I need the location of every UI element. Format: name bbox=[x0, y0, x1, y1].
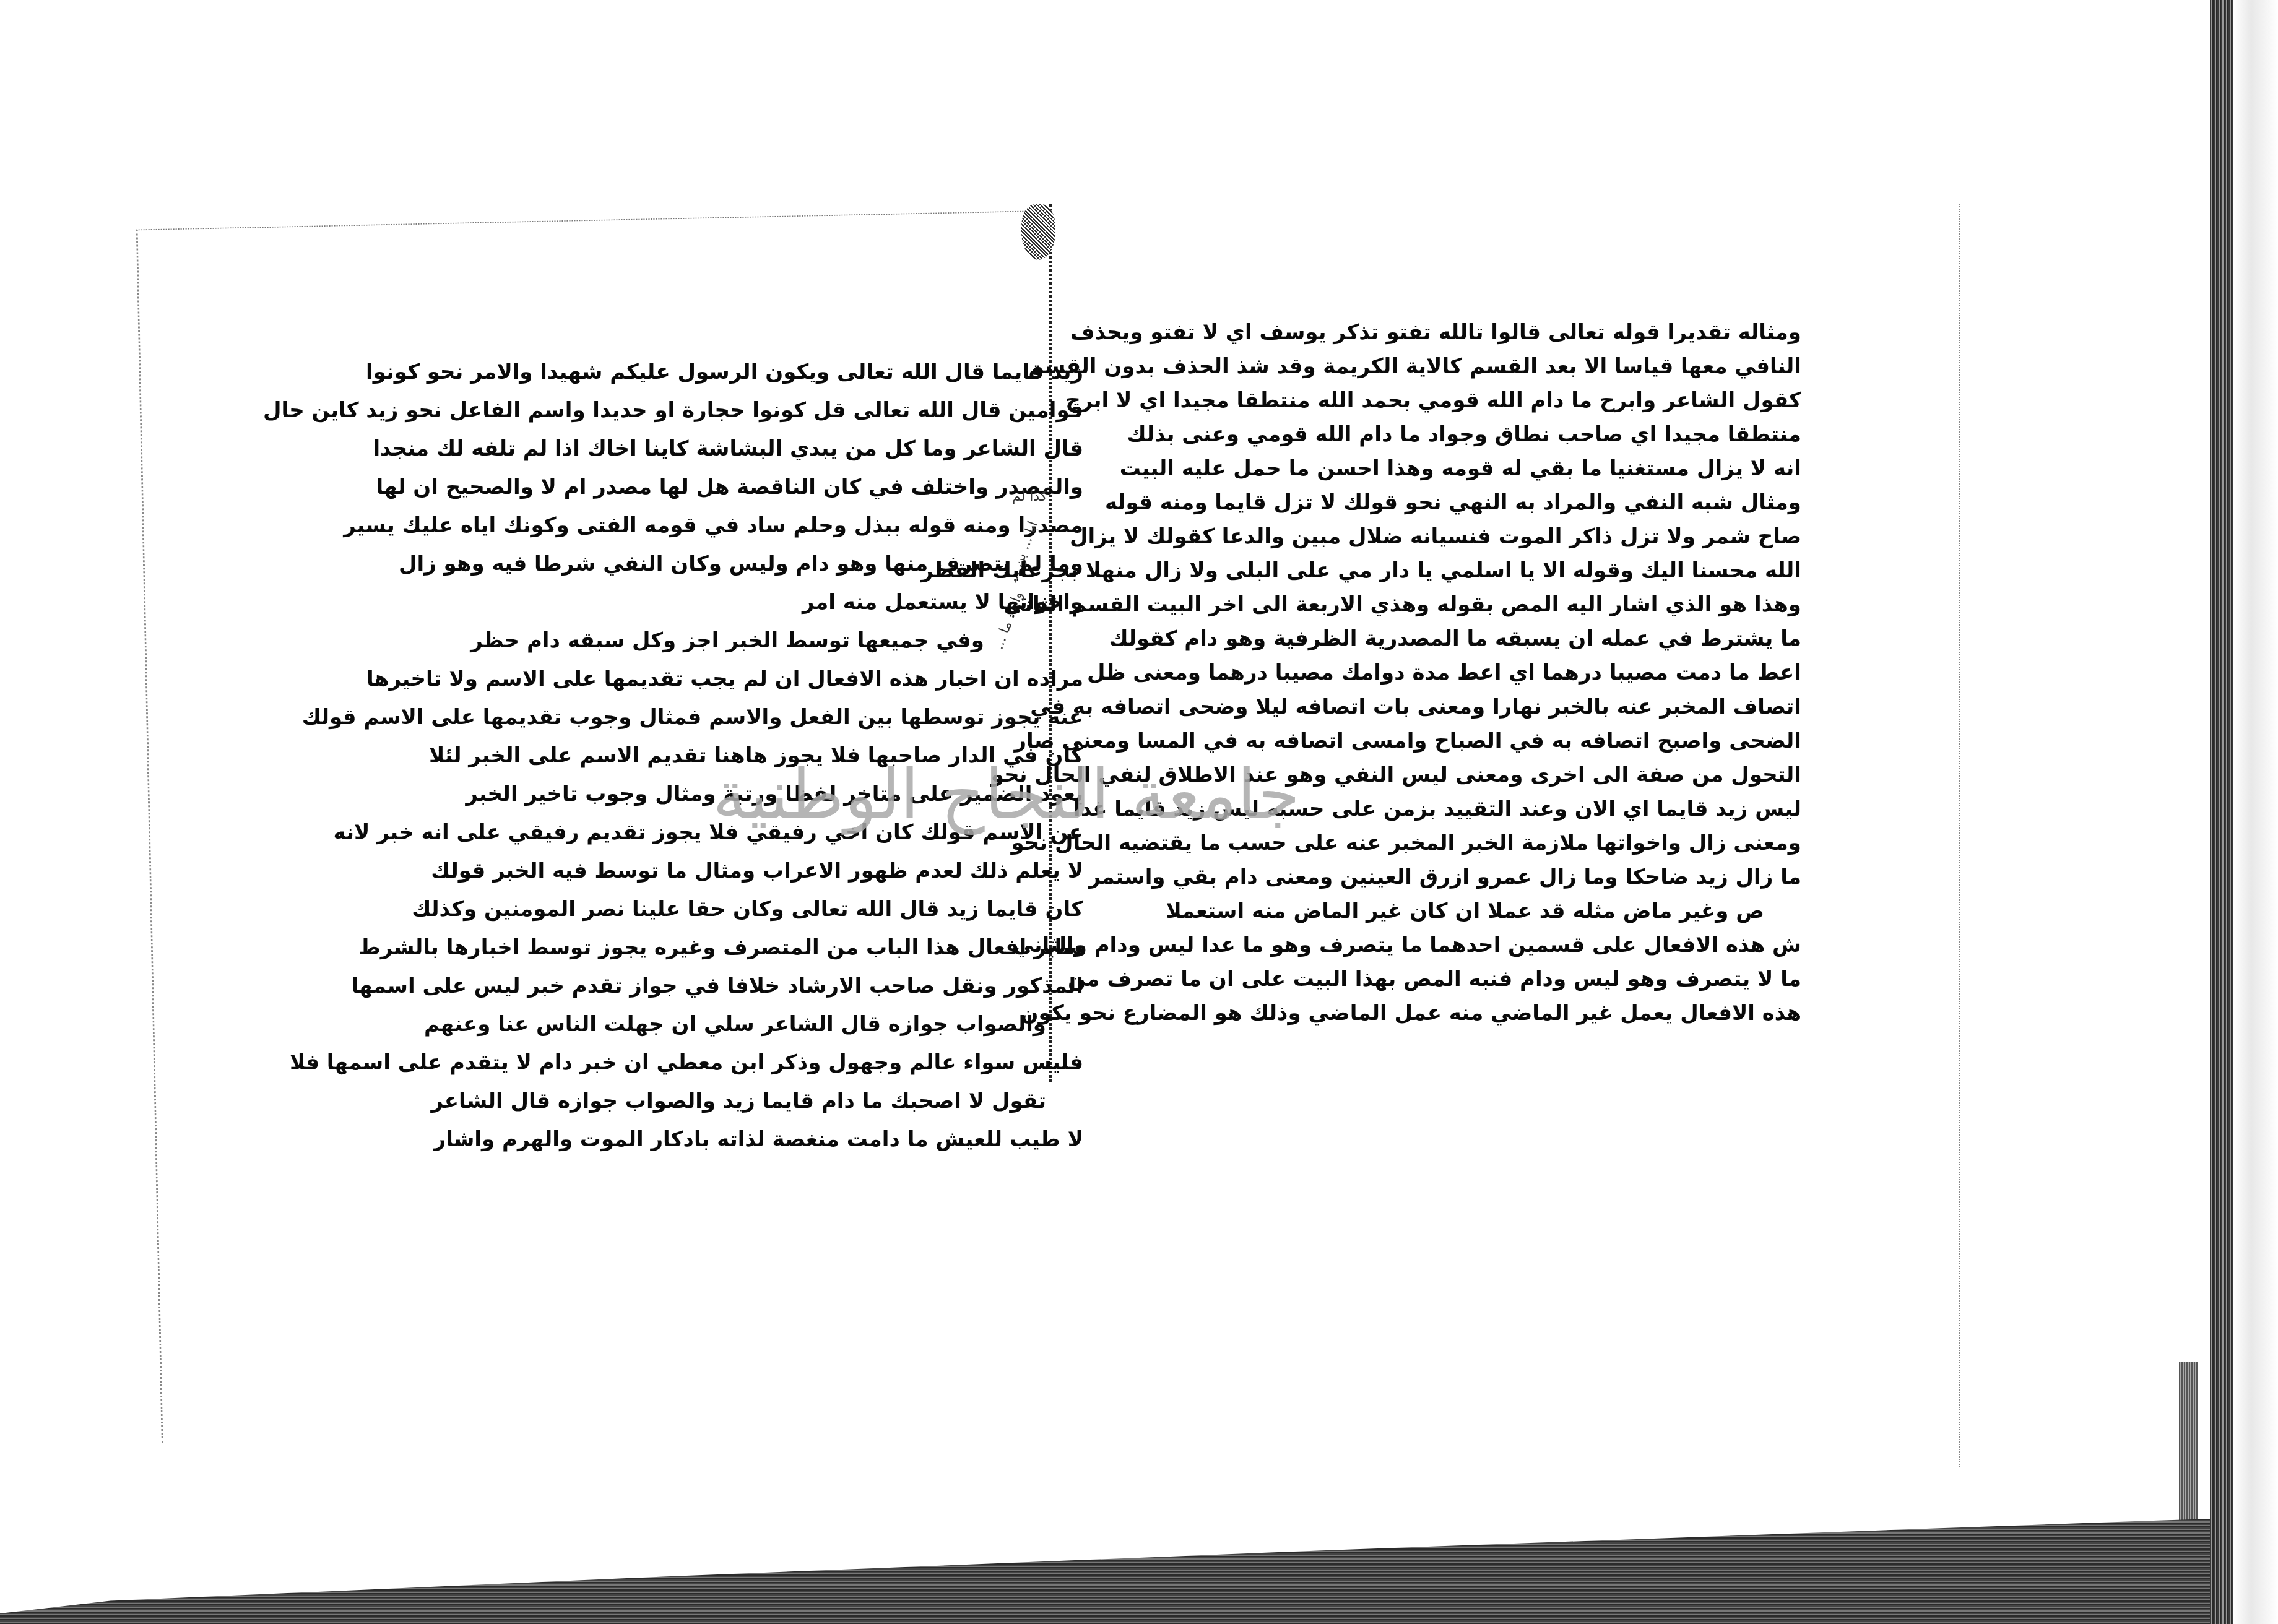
text-line: واخواتها لا يستعمل منه امر bbox=[433, 583, 1083, 621]
text-line: اعط ما دمت مصيبا درهما اي اعط مدة دوامك … bbox=[1127, 656, 1801, 690]
text-line: قوامين قال الله تعالى قل كونوا حجارة او … bbox=[433, 391, 1083, 430]
text-line: هذه الافعال يعمل غير الماضي منه عمل الما… bbox=[1127, 996, 1801, 1030]
text-line: وهذا هو الذي اشار اليه المص بقوله وهذي ا… bbox=[1127, 588, 1801, 622]
text-line: صاح شمر ولا تزل ذاكر الموت فنسيانه ضلال … bbox=[1127, 520, 1801, 554]
text-line: مصدرا ومنه قوله ببذل وحلم ساد في قومه ال… bbox=[433, 506, 1083, 545]
text-line: الله محسنا اليك وقوله الا يا اسلمي يا دا… bbox=[1127, 554, 1801, 588]
manuscript-scan: زيد قايما قال الله تعالى ويكون الرسول عل… bbox=[0, 0, 2278, 1624]
text-line: والمصدر واختلف في كان الناقصة هل لها مصد… bbox=[433, 468, 1083, 506]
text-line: الضحى واصبح اتصافه به في الصباح وامسى ات… bbox=[1127, 724, 1801, 758]
binding-thread-icon bbox=[1021, 204, 1055, 260]
text-line: ش هذه الافعال على قسمين احدهما ما يتصرف … bbox=[1127, 928, 1801, 962]
verse-line: وفي جميعها توسط الخبر اجز وكل سبقه دام ح… bbox=[433, 621, 1083, 660]
text-line: اتصاف المخبر عنه بالخبر نهارا ومعنى بات … bbox=[1127, 690, 1801, 724]
text-line: قال الشاعر وما كل من يبدي البشاشة كاينا … bbox=[433, 430, 1083, 468]
text-line: تقول لا اصحبك ما دام قايما زيد والصواب ج… bbox=[433, 1082, 1083, 1120]
text-line: عنه يجوز توسطها بين الفعل والاسم فمثال و… bbox=[433, 698, 1083, 736]
scanner-edge-right bbox=[2210, 0, 2233, 1624]
text-line: ومثاله تقديرا قوله تعالى قالوا تالله تفت… bbox=[1127, 316, 1801, 350]
text-line: النافي معها قياسا الا بعد القسم كالاية ا… bbox=[1127, 350, 1801, 384]
text-line: ما يشترط في عمله ان يسبقه ما المصدرية ال… bbox=[1127, 622, 1801, 656]
text-line: ما لا يتصرف وهو ليس ودام فنبه المص بهذا … bbox=[1127, 962, 1801, 996]
margin-note: كذا لم bbox=[1012, 489, 1047, 504]
text-line: المذكور ونقل صاحب الارشاد خلافا في جواز … bbox=[433, 967, 1083, 1005]
text-line: مراده ان اخبار هذه الافعال ان لم يجب تقد… bbox=[433, 660, 1083, 698]
text-line: والصواب جوازه قال الشاعر سلي ان جهلت الن… bbox=[433, 1005, 1083, 1043]
text-line: لا طيب للعيش ما دامت منغصة لذاته بادكار … bbox=[433, 1120, 1083, 1159]
text-line: ساير افعال هذا الباب من المتصرف وغيره يج… bbox=[433, 928, 1083, 967]
text-line: لا يعلم ذلك لعدم ظهور الاعراب ومثال ما ت… bbox=[433, 852, 1083, 890]
scanner-edge-bottom bbox=[0, 1519, 2210, 1624]
text-line: كقول الشاعر وابرح ما دام الله قومي بحمد … bbox=[1127, 384, 1801, 418]
text-line: فليس سواء عالم وجهول وذكر ابن معطي ان خب… bbox=[433, 1043, 1083, 1082]
text-line: انه لا يزال مستغنيا ما بقي له قومه وهذا … bbox=[1127, 452, 1801, 486]
text-line: ما زال زيد ضاحكا وما زال عمرو ازرق العين… bbox=[1127, 860, 1801, 894]
right-page-text: ومثاله تقديرا قوله تعالى قالوا تالله تفت… bbox=[1127, 316, 1801, 1030]
verse-line: ص وغير ماض مثله قد عملا ان كان غير الماض… bbox=[1127, 894, 1801, 928]
text-line: كان قايما زيد قال الله تعالى وكان حقا عل… bbox=[433, 890, 1083, 928]
text-line: منتطقا مجيدا اي صاحب نطاق وجواد ما دام ا… bbox=[1127, 418, 1801, 452]
text-line: ومثال شبه النفي والمراد به النهي نحو قول… bbox=[1127, 486, 1801, 520]
text-line: زيد قايما قال الله تعالى ويكون الرسول عل… bbox=[433, 353, 1083, 391]
scanner-edge-light bbox=[2233, 0, 2278, 1624]
university-watermark: جامعة النجاح الوطنية bbox=[743, 755, 1300, 834]
